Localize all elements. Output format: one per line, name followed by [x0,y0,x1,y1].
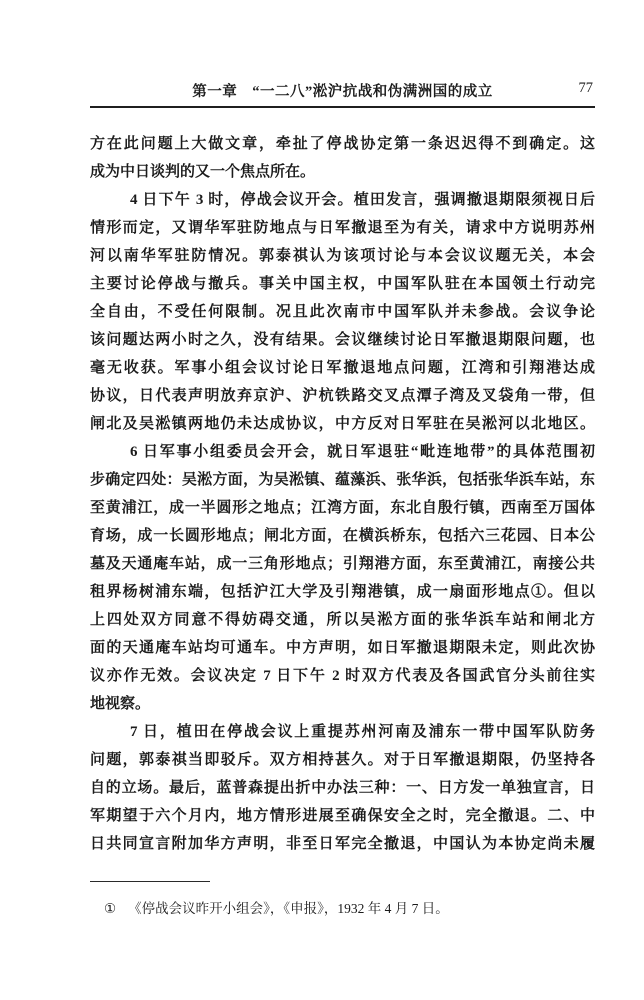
text-line: 河以南华军驻防情况。郭泰祺认为该项讨论与本会议议题无关，本会 [90,242,595,270]
text-line: 问题，郭泰祺当即驳斥。双方相持甚久。对于日军撤退期限，仍坚持各 [90,746,595,774]
text-line: 方在此问题上大做文章，牵扯了停战协定第一条迟迟得不到确定。这 [90,130,595,158]
text-line: 步确定四处：吴淞方面，为吴淞镇、蕴藻浜、张华浜，包括张华浜车站，东 [90,466,595,494]
chapter-title: 第一章 “一二八”淞沪抗战和伪满洲国的成立 [90,80,595,101]
footnote: ①《停战会议昨开小组会》，《申报》，1932 年 4 月 7 日。 [104,898,595,920]
text-line: 7 日，植田在停战会议上重提苏州河南及浦东一带中国军队防务 [90,718,595,746]
running-header: 第一章 “一二八”淞沪抗战和伪满洲国的成立 77 [90,80,595,102]
footnote-divider [90,881,210,882]
text-line: 租界杨树浦东端，包括沪江大学及引翔港镇，成一扇面形地点①。但以 [90,578,595,606]
footnote-text: 《停战会议昨开小组会》，《申报》，1932 年 4 月 7 日。 [128,901,449,916]
text-line: 自的立场。最后，蓝普森提出折中办法三种：一、日方发一单独宣言，日 [90,774,595,802]
page-number: 77 [579,80,594,97]
text-line: 情形而定，又谓华军驻防地点与日军撤退至为有关，请求中方说明苏州 [90,214,595,242]
footnote-marker: ① [104,901,116,916]
text-line: 主要讨论停战与撤兵。事关中国主权，中国军队驻在本国领土行动完 [90,270,595,298]
text-line: 育场，成一长圆形地点；闸北方面，在横浜桥东，包括六三花园、日本公 [90,522,595,550]
text-line: 日共同宣言附加华方声明，非至日军完全撤退，中国认为本协定尚未履 [90,830,595,858]
book-page: 第一章 “一二八”淞沪抗战和伪满洲国的成立 77 方在此问题上大做文章，牵扯了停… [0,0,644,1000]
text-line: 成为中日谈判的又一个焦点所在。 [90,158,595,186]
text-line: 军期望于六个月内，地方情形进展至确保安全之时，完全撤退。二、中 [90,802,595,830]
body-text: 方在此问题上大做文章，牵扯了停战协定第一条迟迟得不到确定。这 成为中日谈判的又一… [90,130,595,858]
text-line: 墓及天通庵车站，成一三角形地点；引翔港方面，东至黄浦江，南接公共 [90,550,595,578]
text-line: 至黄浦江，成一半圆形之地点；江湾方面，东北自殷行镇，西南至万国体 [90,494,595,522]
text-line: 6 日军事小组委员会开会，就日军退驻“毗连地带”的具体范围初 [90,438,595,466]
text-line: 闸北及吴淞镇两地仍未达成协议，中方反对日军驻在吴淞河以北地区。 [90,410,595,438]
text-line: 全自由，不受任何限制。况且此次南市中国军队并未参战。会议争论 [90,298,595,326]
text-line: 议亦作无效。会议决定 7 日下午 2 时双方代表及各国武官分头前往实 [90,662,595,690]
text-line: 协议，日代表声明放弃京沪、沪杭铁路交叉点潭子湾及叉袋角一带，但 [90,382,595,410]
text-line: 毫无收获。军事小组会议讨论日军撤退地点问题，江湾和引翔港达成 [90,354,595,382]
text-line: 地视察。 [90,690,595,718]
text-line: 4 日下午 3 时，停战会议开会。植田发言，强调撤退期限须视日后 [90,186,595,214]
header-rule [90,106,595,108]
text-line: 面的天通庵车站均可通车。中方声明，如日军撤退期限未定，则此次协 [90,634,595,662]
text-line: 上四处双方同意不得妨碍交通，所以吴淞方面的张华浜车站和闸北方 [90,606,595,634]
text-line: 该问题达两小时之久，没有结果。会议继续讨论日军撤退期限问题，也 [90,326,595,354]
